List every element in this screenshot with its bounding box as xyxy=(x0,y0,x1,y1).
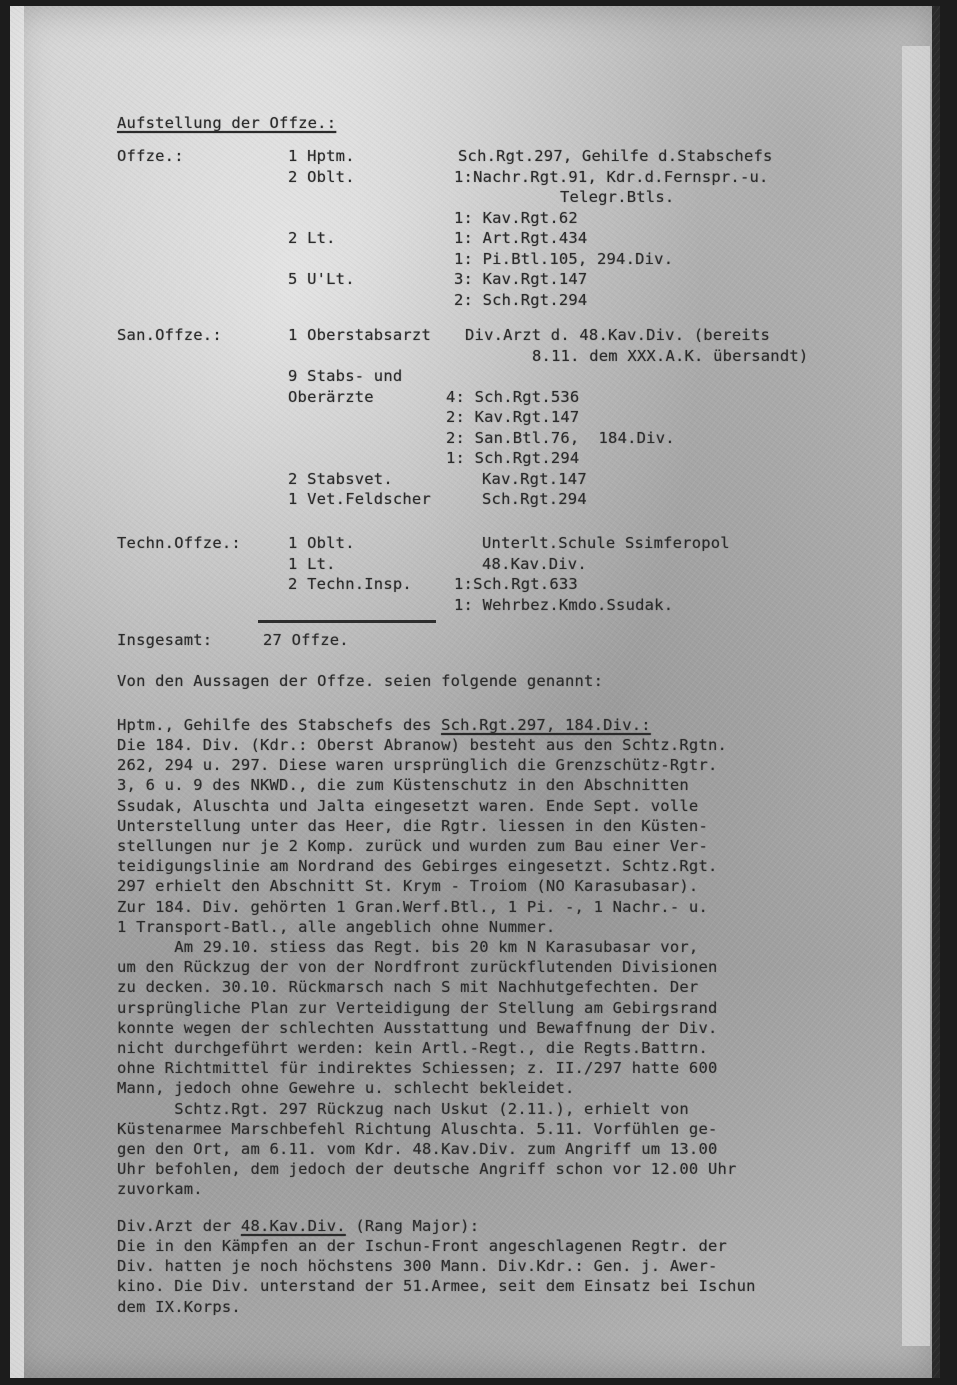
body-line: Schtz.Rgt. 297 Rückzug nach Uskut (2.11.… xyxy=(117,1099,689,1120)
assignment-cell: 1: Sch.Rgt.294 xyxy=(446,448,579,469)
body-line: Die 184. Div. (Kdr.: Oberst Abranow) bes… xyxy=(117,735,727,756)
assignment-cell: Sch.Rgt.294 xyxy=(482,489,587,510)
page-margin-right xyxy=(902,46,930,1346)
assignment-cell: 1: Kav.Rgt.62 xyxy=(454,208,578,229)
body-line: Am 29.10. stiess das Regt. bis 20 km N K… xyxy=(117,937,698,958)
rank-cell: 1 Vet.Feldscher xyxy=(288,489,431,510)
rank-cell: 1 Oberstabsarzt xyxy=(288,325,431,346)
assignment-cell: 8.11. dem XXX.A.K. übersandt) xyxy=(532,346,808,367)
document-heading: Aufstellung der Offze.: xyxy=(117,113,336,134)
section1-unit: Sch.Rgt.297, 184.Div.: xyxy=(441,716,651,734)
rank-cell: 9 Stabs- und xyxy=(288,366,402,387)
total-separator-line xyxy=(258,620,436,623)
technical-officers-label: Techn.Offze.: xyxy=(117,533,241,554)
body-line: gen den Ort, am 6.11. vom Kdr. 48.Kav.Di… xyxy=(117,1139,718,1160)
intro-sentence: Von den Aussagen der Offze. seien folgen… xyxy=(117,671,603,692)
section1-prefix: Hptm., Gehilfe des Stabschefs des xyxy=(117,716,441,734)
total-value: 27 Offze. xyxy=(263,630,349,651)
assignment-cell: Div.Arzt d. 48.Kav.Div. (bereits xyxy=(465,325,770,346)
body-line: 262, 294 u. 297. Diese waren ursprünglic… xyxy=(117,755,718,776)
body-line: Ssudak, Aluschta und Jalta eingesetzt wa… xyxy=(117,796,698,817)
body-line: dem IX.Korps. xyxy=(117,1297,241,1318)
body-line: zuvorkam. xyxy=(117,1179,203,1200)
body-line: stellungen nur je 2 Komp. zurück und wur… xyxy=(117,836,708,857)
assignment-cell: 4: Sch.Rgt.536 xyxy=(446,387,579,408)
page-edge-shadow xyxy=(932,6,940,1378)
body-line: teidigungslinie am Nordrand des Gebirges… xyxy=(117,856,718,877)
assignment-cell: Sch.Rgt.297, Gehilfe d.Stabschefs xyxy=(458,146,773,167)
body-line: 3, 6 u. 9 des NKWD., die zum Küstenschut… xyxy=(117,775,689,796)
assignment-cell: 1: Pi.Btl.105, 294.Div. xyxy=(454,249,673,270)
rank-cell: Oberärzte xyxy=(288,387,374,408)
assignment-cell: 2: Sch.Rgt.294 xyxy=(454,290,587,311)
total-label: Insgesamt: xyxy=(117,630,212,651)
rank-cell: 1 Oblt. xyxy=(288,533,355,554)
section2-heading: Div.Arzt der 48.Kav.Div. (Rang Major): xyxy=(117,1216,479,1237)
assignment-cell: Kav.Rgt.147 xyxy=(482,469,587,490)
assignment-cell: 1:Nachr.Rgt.91, Kdr.d.Fernspr.-u. xyxy=(454,167,769,188)
body-line: um den Rückzug der von der Nordfront zur… xyxy=(117,957,718,978)
body-line: Küstenarmee Marschbefehl Richtung Alusch… xyxy=(117,1119,718,1140)
officers-label: Offze.: xyxy=(117,146,184,167)
rank-cell: 2 Techn.Insp. xyxy=(288,574,412,595)
scanned-page: Aufstellung der Offze.: Offze.: 1 Hptm.S… xyxy=(10,6,940,1378)
rank-cell: 2 Oblt. xyxy=(288,167,355,188)
rank-cell: 2 Lt. xyxy=(288,228,336,249)
section2-unit: 48.Kav.Div. xyxy=(241,1217,346,1235)
body-line: 1 Transport-Batl., alle angeblich ohne N… xyxy=(117,917,555,938)
assignment-cell: Unterlt.Schule Ssimferopol xyxy=(482,533,730,554)
body-line: Uhr befohlen, dem jedoch der deutsche An… xyxy=(117,1159,737,1180)
body-line: Div. hatten je noch höchstens 300 Mann. … xyxy=(117,1256,718,1277)
body-line: Die in den Kämpfen an der Ischun-Front a… xyxy=(117,1236,727,1257)
section2-prefix: Div.Arzt der xyxy=(117,1217,241,1235)
body-line: nicht durchgeführt werden: kein Artl.-Re… xyxy=(117,1038,708,1059)
body-line: Zur 184. Div. gehörten 1 Gran.Werf.Btl.,… xyxy=(117,897,708,918)
body-line: Unterstellung unter das Heer, die Rgtr. … xyxy=(117,816,708,837)
rank-cell: 5 U'Lt. xyxy=(288,269,355,290)
body-line: Mann, jedoch ohne Gewehre u. schlecht be… xyxy=(117,1078,575,1099)
body-line: kino. Die Div. unterstand der 51.Armee, … xyxy=(117,1276,756,1297)
body-line: 297 erhielt den Abschnitt St. Krym - Tro… xyxy=(117,876,698,897)
assignment-cell: 1:Sch.Rgt.633 xyxy=(454,574,578,595)
page-margin-left xyxy=(10,6,24,1378)
body-line: zu decken. 30.10. Rückmarsch nach S mit … xyxy=(117,977,698,998)
assignment-cell: 1: Art.Rgt.434 xyxy=(454,228,587,249)
medical-officers-label: San.Offze.: xyxy=(117,325,222,346)
assignment-cell: 48.Kav.Div. xyxy=(482,554,587,575)
assignment-cell: 2: Kav.Rgt.147 xyxy=(446,407,579,428)
assignment-cell: Telegr.Btls. xyxy=(560,187,674,208)
assignment-cell: 1: Wehrbez.Kmdo.Ssudak. xyxy=(454,595,673,616)
assignment-cell: 3: Kav.Rgt.147 xyxy=(454,269,587,290)
rank-cell: 2 Stabsvet. xyxy=(288,469,393,490)
assignment-cell: 2: San.Btl.76, 184.Div. xyxy=(446,428,675,449)
section1-heading: Hptm., Gehilfe des Stabschefs des Sch.Rg… xyxy=(117,715,651,736)
section2-suffix: (Rang Major): xyxy=(346,1217,479,1235)
body-line: konnte wegen der schlechten Ausstattung … xyxy=(117,1018,718,1039)
body-line: ohne Richtmittel für indirektes Schiesse… xyxy=(117,1058,718,1079)
rank-cell: 1 Lt. xyxy=(288,554,336,575)
rank-cell: 1 Hptm. xyxy=(288,146,355,167)
body-line: ursprüngliche Plan zur Verteidigung der … xyxy=(117,998,718,1019)
